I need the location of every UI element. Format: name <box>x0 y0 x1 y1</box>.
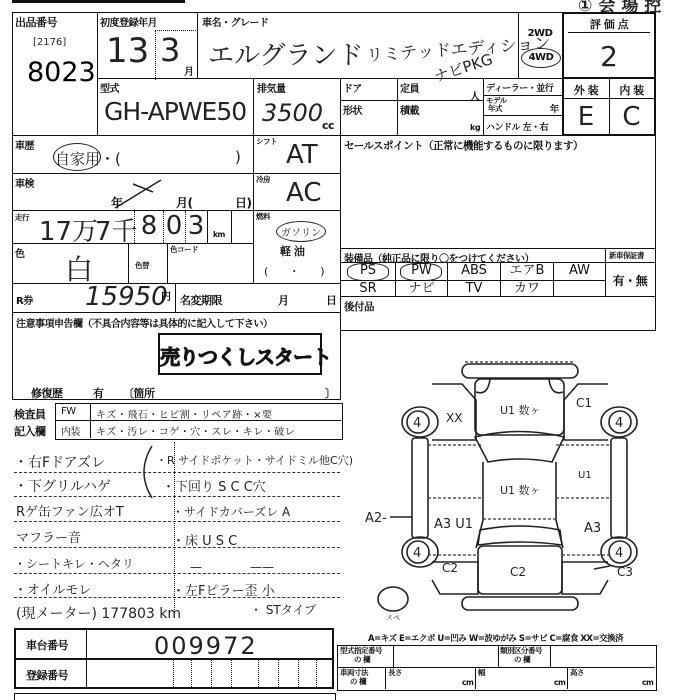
vehicle-name: エルグランド <box>208 35 363 72</box>
recycle-cell: R券 15950 円 <box>12 283 176 313</box>
ac-cell: 冷房 AC <box>253 173 341 211</box>
spec-table-vline <box>475 667 476 689</box>
interior-grade-cell: C <box>609 98 656 136</box>
headlight-right <box>549 379 563 393</box>
front-bumper <box>462 364 578 378</box>
dealer-cell: ディーラー・並行 <box>483 78 563 96</box>
fuel-other: ( ・ ) <box>264 263 324 279</box>
note-left: ・下グリルハゲ <box>14 476 111 496</box>
type-note: ・ STタイプ <box>250 601 316 618</box>
warranty-header: 新車保証書 <box>605 248 656 263</box>
width-label: 幅 <box>478 669 485 677</box>
mileage-label: 走行 <box>15 214 29 222</box>
shift-value: AT <box>286 140 318 170</box>
name-change-cell: 名変期限 月 日 <box>175 283 341 313</box>
label-right-rear-quarter: C3 <box>617 565 633 579</box>
drive-2wd: 2WD <box>519 28 561 39</box>
capacity-cell: 定員 人 <box>397 78 484 101</box>
recycle-label: R券 <box>16 292 33 307</box>
right-rear-quarter <box>562 562 608 594</box>
history-circle <box>53 143 101 171</box>
shift-label: シフト <box>256 138 277 146</box>
inspector-box-vline <box>90 404 91 438</box>
mileage-digit: 8 <box>135 211 163 241</box>
fw-label: FW <box>61 406 76 417</box>
note-line <box>14 472 340 473</box>
note-left: マフラー音 <box>16 527 81 546</box>
registration-sep <box>298 660 299 687</box>
displacement-cell: 排気量 3500 cc <box>253 78 341 136</box>
inspection-cross-mark <box>113 176 163 210</box>
aftermarket-box: 後付品 <box>340 296 656 331</box>
shape-label: 形状 <box>343 102 362 117</box>
warranty-value-cell: 有・無 <box>605 262 656 297</box>
name-change-label: 名変期限 <box>180 292 222 308</box>
registration-sep <box>173 660 174 687</box>
history-close: ) <box>235 148 241 166</box>
note-line <box>14 573 340 574</box>
first-registration-month: 3 <box>160 31 180 69</box>
tire-rl-depth: 4 <box>413 546 421 561</box>
windshield <box>475 432 564 463</box>
dealer-label: ディーラー・並行 <box>486 81 553 94</box>
headlight-left <box>476 379 490 393</box>
inspector-label-2: 記入欄 <box>14 423 46 439</box>
inspection-month: 月( <box>176 194 193 211</box>
equipment-sr: SR <box>340 280 396 297</box>
fuel-label: 燃料 <box>256 213 270 221</box>
recycle-value: 15950 <box>85 282 168 312</box>
length-unit: cm <box>462 679 473 687</box>
inspector-label-1: 検査員 <box>14 406 46 422</box>
exterior-label: 外 装 <box>564 82 608 98</box>
spec-table-vline <box>498 646 499 667</box>
vehicle-name-cell: 車名・グレード エルグランド リミテッドエディション ナビPKG <box>197 12 519 79</box>
right-front-fender <box>564 384 608 440</box>
stamp-box: 売りつくしスタート <box>158 333 322 375</box>
vehicle-name-label: 車名・グレード <box>202 14 269 29</box>
dimension-label-1: 車両寸法 <box>340 669 368 677</box>
label-right-front-fender: C1 <box>576 396 592 410</box>
tire-fr-depth: 4 <box>615 416 623 431</box>
year-unit: 年 <box>550 102 559 115</box>
color-cell: 色 白 <box>12 243 129 284</box>
recycle-unit: 円 <box>161 288 171 303</box>
registration-label-divider <box>86 660 87 687</box>
door-label: ドア <box>343 80 362 95</box>
registration-sep <box>211 660 212 687</box>
name-change-month: 月 <box>278 292 289 308</box>
registration-number-cell: 登録番号 <box>14 659 334 689</box>
height-label: 高さ <box>570 669 584 677</box>
note-right: ・左Fピラー歪 小 <box>172 580 275 599</box>
cc-unit: cc <box>322 119 334 132</box>
shape-cell: 形状 <box>340 100 398 136</box>
note-right: ・サイドカバーズレ A <box>172 503 290 520</box>
note-left: ・オイルモレ <box>14 579 91 598</box>
drive-4wd-circled: 4WD <box>521 48 561 68</box>
ac-label: 冷房 <box>256 176 270 184</box>
ac-value: AC <box>286 178 321 208</box>
score-label: 評 価 点 <box>568 16 650 33</box>
exterior-label-cell: 外 装 <box>562 78 610 99</box>
bottom-partial-box <box>14 693 336 700</box>
equipment-blank <box>553 280 606 297</box>
color-code-cell: 色コード <box>167 243 254 284</box>
warranty-label: 新車保証書 <box>609 252 644 260</box>
chassis-number-cell: 車台番号 009972 <box>14 628 334 660</box>
exterior-grade: E <box>564 102 608 132</box>
registration-sep <box>278 660 279 687</box>
equipment-aw: AW <box>553 262 606 281</box>
notes-box: 注意事項申告欄（不具合内容等は具体的に記入して下さい） 売りつくしスタート 修復… <box>12 312 341 400</box>
equipment-header: 装備品（純正品に限り〇をつけてください） <box>340 248 606 263</box>
note-left: ・シートキレ・ヘタリ <box>14 555 134 572</box>
history-label: 車歴 <box>15 137 34 152</box>
load-cell: 積載 kg <box>397 100 484 136</box>
registration-sep <box>258 660 259 687</box>
exterior-grade-cell: E <box>562 98 610 136</box>
repair-location-label: 〔箇所 <box>123 385 155 401</box>
class-number-label-1: 類別区分番号 <box>500 647 542 655</box>
width-unit: cm <box>554 679 565 687</box>
lot-number-cell: 出品番号 [2176] 8023 <box>12 12 98 136</box>
model-value: GH-APWE50 <box>104 97 246 126</box>
equipment-ps-circle <box>347 263 389 281</box>
note-right: — —— <box>190 558 274 575</box>
mileage-sep <box>231 211 232 243</box>
registration-sep <box>316 660 317 687</box>
sales-point-label: セールスポイント（正常に機能するものに限ります） <box>344 138 583 153</box>
score-value: 2 <box>564 40 654 73</box>
type-number-label-1: 型式指定番号 <box>340 647 382 655</box>
inspection-cell: 車検 年 月( 日) <box>12 173 254 211</box>
left-side-skirt <box>412 438 428 538</box>
class-number-label-2: の 欄 <box>514 656 530 664</box>
shift-cell: シフト AT <box>253 135 341 174</box>
history-cell: 車歴 自家用・( ) <box>12 135 254 174</box>
door-cell: ドア <box>340 78 398 101</box>
sales-point-box: セールスポイント（正常に機能するものに限ります） <box>340 135 656 249</box>
repaint-label: 色替 <box>135 262 149 270</box>
chassis-number-label: 車台番号 <box>26 637 68 653</box>
type-number-label-2: の 欄 <box>354 656 370 664</box>
spec-table-vline <box>567 667 568 689</box>
meter-note: (現メーター) 177803 km <box>16 603 181 623</box>
drive-cell: 2WD 4WD <box>518 12 563 79</box>
c3-pointer <box>594 566 610 569</box>
model-cell: 型式 GH-APWE50 <box>97 78 254 136</box>
interior-grade: C <box>610 102 653 132</box>
label-right-front-door: U1 <box>578 470 592 481</box>
registration-sep <box>231 660 232 687</box>
equipment-abs: ABS <box>447 262 501 281</box>
spare-label: スペ <box>386 614 400 622</box>
color-label: 色 <box>15 245 25 260</box>
note-bracket <box>136 444 156 500</box>
label-left-skirt: A2- <box>365 511 387 526</box>
load-label: 積載 <box>400 102 419 117</box>
first-registration-label: 初度登録年月 <box>100 14 157 29</box>
mileage-unit: km <box>213 231 225 239</box>
fuel-cell: 燃料 ガソリン 軽 油 ( ・ ) <box>253 210 341 284</box>
inspection-day: 日) <box>235 194 252 211</box>
repaint-cell: 色替 <box>128 243 168 284</box>
label-hood: U1 数ヶ <box>500 403 541 417</box>
lot-number: 8023 <box>27 57 96 88</box>
mileage-digit: 0 <box>163 211 185 241</box>
note-line <box>14 496 340 497</box>
mileage-digit: 3 <box>185 211 207 241</box>
height-unit: cm <box>642 679 653 687</box>
capacity-label: 定員 <box>400 80 419 95</box>
label-roof: U1 数ヶ <box>500 483 541 497</box>
interior-items: キズ・汚レ・コゲ・穴・スレ・キレ・破レ <box>96 423 295 438</box>
registration-sep <box>191 660 192 687</box>
equipment-tv: TV <box>447 280 501 297</box>
label-left-rear-door: A3 U1 <box>434 517 473 532</box>
equipment-pw-circle <box>400 263 442 281</box>
chassis-label-divider <box>86 630 87 658</box>
fuel-gasoline-circled: ガソリン <box>276 221 326 242</box>
note-left: ・右Fドアズレ <box>14 452 105 472</box>
first-registration-cell: 初度登録年月 13 3 月 <box>97 12 198 79</box>
note-right: ・下回り S C C穴 <box>162 476 266 495</box>
notes-box-label: 注意事項申告欄（不具合内容等は具体的に記入して下さい） <box>16 315 273 330</box>
note-right: ・R サイドポケット・サイドミル他C穴) <box>156 452 353 468</box>
color-code-label: 色コード <box>170 246 198 254</box>
label-back-door: C2 <box>510 565 526 579</box>
rear-bumper <box>462 597 578 610</box>
equipment-navi: ナビ <box>395 280 448 297</box>
interior-items-label: 内装 <box>61 423 80 438</box>
inspection-label: 車検 <box>15 175 34 190</box>
chassis-number-value: 009972 <box>154 632 258 660</box>
displacement-label: 排気量 <box>257 80 286 95</box>
right-side-skirt <box>611 438 627 538</box>
car-damage-diagram: U1 数ヶ U1 数ヶ XX C1 U1 A3 U1 A3 C2 C2 C3 A… <box>360 355 660 625</box>
warranty-value: 有・無 <box>606 272 654 289</box>
mileage-cell: 走行 17万 7千 8 0 3 km <box>12 210 254 244</box>
model-year-cell: モデル 年式 年 <box>483 95 563 116</box>
label-left-front-fender: XX <box>446 411 462 425</box>
equipment-leather: カワ <box>500 280 554 297</box>
spec-table-vline <box>550 646 551 667</box>
lot-sub-number: [2176] <box>33 37 66 48</box>
body-center-right <box>556 462 563 548</box>
first-registration-year: 13 <box>106 31 149 71</box>
spec-table-vline <box>385 667 386 689</box>
lot-number-label: 出品番号 <box>15 14 57 30</box>
stamp-text: 売りつくしスタート <box>160 341 320 370</box>
spec-table: 型式指定番号 の 欄 類別区分番号 の 欄 車両寸法 の 欄 長さ cm 幅 c… <box>337 645 657 691</box>
note-left: Rゲ缶ファン広オT <box>16 501 124 520</box>
handle-label: ハンドル 左・右 <box>486 120 548 133</box>
mileage-sep <box>207 211 208 243</box>
length-label: 長さ <box>388 669 402 677</box>
load-unit: kg <box>470 123 480 132</box>
rear-window <box>478 526 562 545</box>
interior-label: 内 装 <box>610 82 653 98</box>
label-left-rear-quarter: C2 <box>442 561 458 575</box>
tire-fl-depth: 4 <box>413 416 421 431</box>
displacement-value: 3500 <box>262 99 323 127</box>
dimension-label-2: の 欄 <box>350 678 366 686</box>
auction-sheet: ①会場控 出品番号 [2176] 8023 初度登録年月 13 3 月 車名・グ… <box>0 0 700 700</box>
fw-items: キズ・飛石・ヒビ割・リペア跡・×要 <box>96 406 272 421</box>
month-unit: 月 <box>184 63 194 78</box>
damage-legend: A=キズ E=エクボ U=凹み W=波ゆがみ S=サビ C=腐食 XX=交換済 <box>368 632 623 644</box>
equipment-airbag: エアB <box>500 262 554 281</box>
registration-number-label: 登録番号 <box>26 667 68 683</box>
top-bar <box>12 0 185 3</box>
interior-label-cell: 内 装 <box>609 78 656 99</box>
model-year-label-2: 年式 <box>488 105 502 113</box>
spare-tire <box>378 587 408 611</box>
label-right-rear-door: A3 <box>584 521 601 536</box>
note-line <box>14 521 340 522</box>
tire-rr-depth: 4 <box>615 546 623 561</box>
aftermarket-label: 後付品 <box>344 299 374 314</box>
spec-table-vline <box>393 646 394 667</box>
score-cell: 評 価 点 2 <box>562 12 656 79</box>
name-change-day: 日 <box>326 292 337 308</box>
repair-location-close: 〕 <box>325 385 336 401</box>
repair-history-has: 有 <box>93 385 104 401</box>
model-label: 型式 <box>100 80 119 95</box>
fuel-diesel: 軽 油 <box>280 243 304 259</box>
repair-history-label: 修復歴 <box>31 385 63 401</box>
inspector-box: FW キズ・飛石・ヒビ割・リペア跡・×要 内装 キズ・汚レ・コゲ・穴・スレ・キレ… <box>55 403 343 440</box>
note-right: ・床 U S C <box>172 530 237 549</box>
handle-cell: ハンドル 左・右 <box>483 115 563 136</box>
